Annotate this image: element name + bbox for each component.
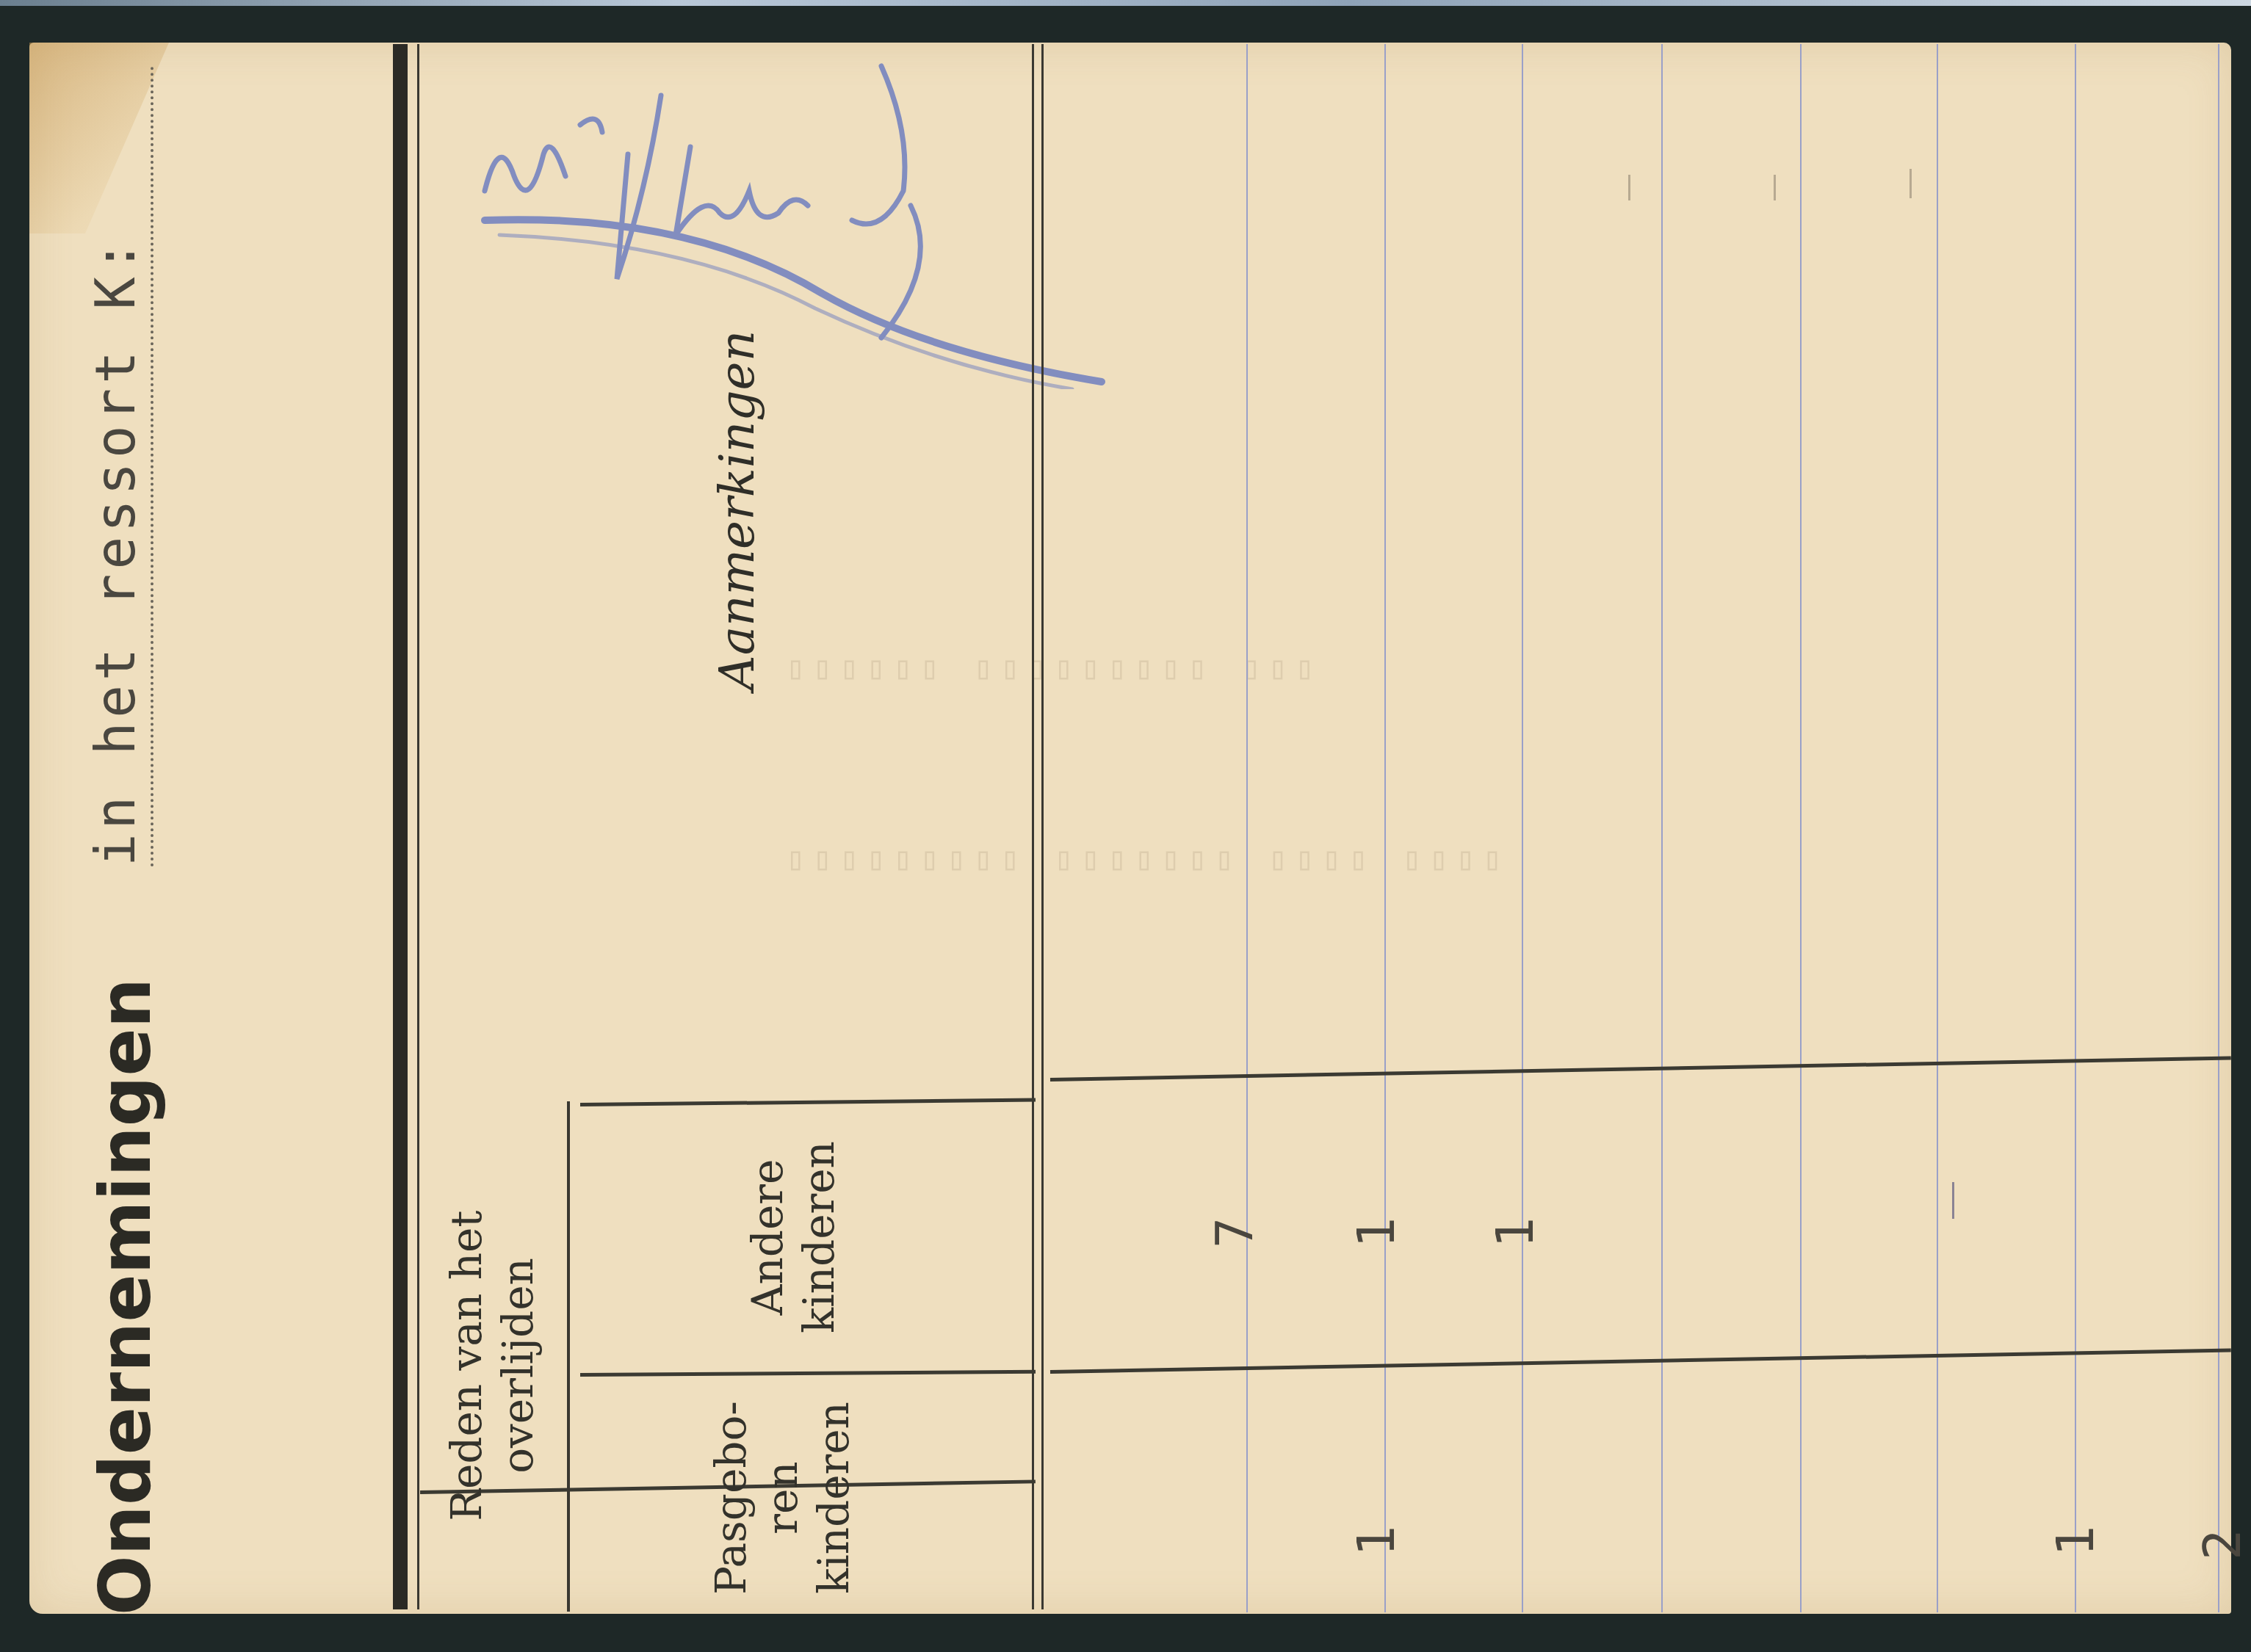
ressort-label: in het ressort K: — [84, 236, 148, 866]
column-rule — [2075, 44, 2076, 1612]
newborn-line1: Pasgebo- — [705, 1373, 756, 1623]
cell-other-children: 1 — [1485, 1217, 1545, 1248]
signature-icon — [470, 44, 1116, 389]
cell-newborn: 1 — [2045, 1526, 2106, 1557]
column-rule — [1661, 44, 1663, 1612]
faint-mark — [1909, 169, 1912, 198]
faint-mark — [1628, 175, 1630, 200]
paper-sheet — [29, 43, 2231, 1614]
bleed-through-text: ▯▯▯ ▯▯▯▯▯▯▯▯▯ ▯▯▯▯▯▯ — [778, 653, 1315, 691]
column-rule — [1800, 44, 1802, 1612]
other-children-header: Andere kinderen — [742, 1116, 845, 1358]
newborn-children-header: Pasgebo- ren kinderen — [705, 1373, 859, 1623]
cell-newborn: 2 — [2192, 1529, 2251, 1560]
column-rule — [1384, 44, 1386, 1612]
column-rule — [2218, 44, 2219, 1612]
cell-newborn: 1 — [1346, 1526, 1406, 1557]
thin-rule — [417, 44, 419, 1609]
bleed-through-text: ▯▯▯▯ ▯▯▯▯ ▯▯▯▯▯▯▯ ▯▯▯▯▯▯▯▯▯ — [778, 844, 1502, 882]
page-title: Ondernemingen — [84, 978, 167, 1615]
other-children-line1: Andere — [742, 1116, 793, 1358]
cause-header-line2: overlijden — [492, 1160, 543, 1571]
column-rule — [1522, 44, 1523, 1612]
cause-header-line1: Reden van het — [441, 1160, 492, 1571]
cell-other-children: 1 — [1346, 1217, 1406, 1248]
faint-mark — [1774, 175, 1776, 200]
cell-other-children: 7 — [1204, 1217, 1265, 1248]
other-children-line2: kinderen — [793, 1116, 845, 1358]
column-rule — [1937, 44, 1938, 1612]
scanner-edge — [0, 0, 2251, 6]
double-rule-right — [1041, 44, 1044, 1609]
ressort-field: in het ressort K: — [84, 66, 153, 866]
thick-rule — [393, 44, 408, 1609]
double-rule-left — [1032, 44, 1034, 1609]
cause-of-death-header: Reden van het overlijden — [441, 1160, 543, 1571]
newborn-line2: ren — [756, 1373, 808, 1623]
faint-mark — [1952, 1182, 1954, 1219]
cause-column-right-rule — [567, 1101, 570, 1612]
column-rule — [1246, 44, 1248, 1612]
newborn-line3: kinderen — [808, 1373, 859, 1623]
remarks-header: Aanmerkingen — [709, 330, 765, 690]
